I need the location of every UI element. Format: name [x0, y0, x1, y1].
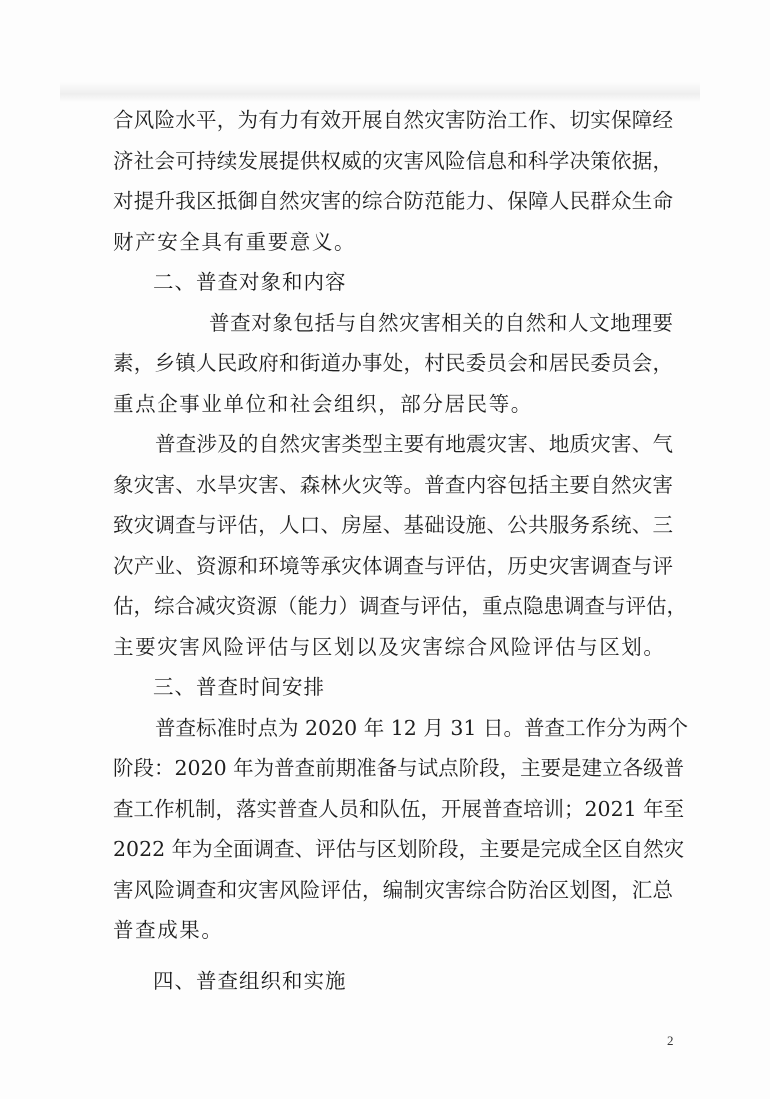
text-line: 普查涉及的自然灾害类型主要有地震灾害、地质灾害、气: [113, 424, 673, 465]
document-page: 合风险水平，为有力有效开展自然灾害防治工作、切实保障经 济社会可持续发展提供权威…: [0, 0, 770, 1099]
text-line: 济社会可持续发展提供权威的灾害风险信息和科学决策依据，: [113, 141, 673, 182]
spacer: [113, 951, 673, 961]
paragraph: 普查标准时点为 2020 年 12 月 31 日。普查工作分为两个 阶段：202…: [113, 708, 673, 951]
paragraph-intro: 合风险水平，为有力有效开展自然灾害防治工作、切实保障经 济社会可持续发展提供权威…: [113, 100, 673, 262]
paragraph: 普查对象包括与自然灾害相关的自然和人文地理要 素，乡镇人民政府和街道办事处，村民…: [113, 303, 673, 425]
text-line: 重点企事业单位和社会组织，部分居民等。: [113, 384, 673, 425]
text-line: 素，乡镇人民政府和街道办事处，村民委员会和居民委员会，: [113, 343, 673, 384]
text-line: 致灾调查与评估，人口、房屋、基础设施、公共服务系统、三: [113, 505, 673, 546]
section-heading: 三、普查时间安排: [113, 667, 673, 708]
scan-bleed-through: [60, 82, 700, 102]
section-4: 四、普查组织和实施: [113, 961, 673, 1002]
text-line: 阶段：2020 年为普查前期准备与试点阶段，主要是建立各级普: [113, 748, 673, 789]
document-body: 合风险水平，为有力有效开展自然灾害防治工作、切实保障经 济社会可持续发展提供权威…: [113, 100, 673, 1001]
text-line: 害风险调查和灾害风险评估，编制灾害综合防治区划图，汇总: [113, 870, 673, 911]
text-line: 估，综合减灾资源（能力）调查与评估，重点隐患调查与评估，: [113, 586, 673, 627]
paragraph: 普查涉及的自然灾害类型主要有地震灾害、地质灾害、气 象灾害、水旱灾害、森林火灾等…: [113, 424, 673, 667]
text-line: 合风险水平，为有力有效开展自然灾害防治工作、切实保障经: [113, 100, 673, 141]
page-number: 2: [667, 1033, 674, 1049]
text-line: 查工作机制，落实普查人员和队伍，开展普查培训；2021 年至: [113, 789, 673, 830]
section-2: 二、普查对象和内容 普查对象包括与自然灾害相关的自然和人文地理要 素，乡镇人民政…: [113, 262, 673, 667]
text-line: 普查对象包括与自然灾害相关的自然和人文地理要: [113, 303, 673, 344]
text-line: 主要灾害风险评估与区划以及灾害综合风险评估与区划。: [113, 627, 673, 668]
text-line: 普查成果。: [113, 910, 673, 951]
section-3: 三、普查时间安排 普查标准时点为 2020 年 12 月 31 日。普查工作分为…: [113, 667, 673, 951]
text-line: 普查标准时点为 2020 年 12 月 31 日。普查工作分为两个: [113, 708, 673, 749]
text-line: 象灾害、水旱灾害、森林火灾等。普查内容包括主要自然灾害: [113, 465, 673, 506]
text-line: 财产安全具有重要意义。: [113, 222, 673, 263]
text-line: 2022 年为全面调查、评估与区划阶段，主要是完成全区自然灾: [113, 829, 673, 870]
text-line: 对提升我区抵御自然灾害的综合防范能力、保障人民群众生命: [113, 181, 673, 222]
section-heading: 四、普查组织和实施: [113, 961, 673, 1002]
text-line: 次产业、资源和环境等承灾体调查与评估，历史灾害调查与评: [113, 546, 673, 587]
section-heading: 二、普查对象和内容: [113, 262, 673, 303]
